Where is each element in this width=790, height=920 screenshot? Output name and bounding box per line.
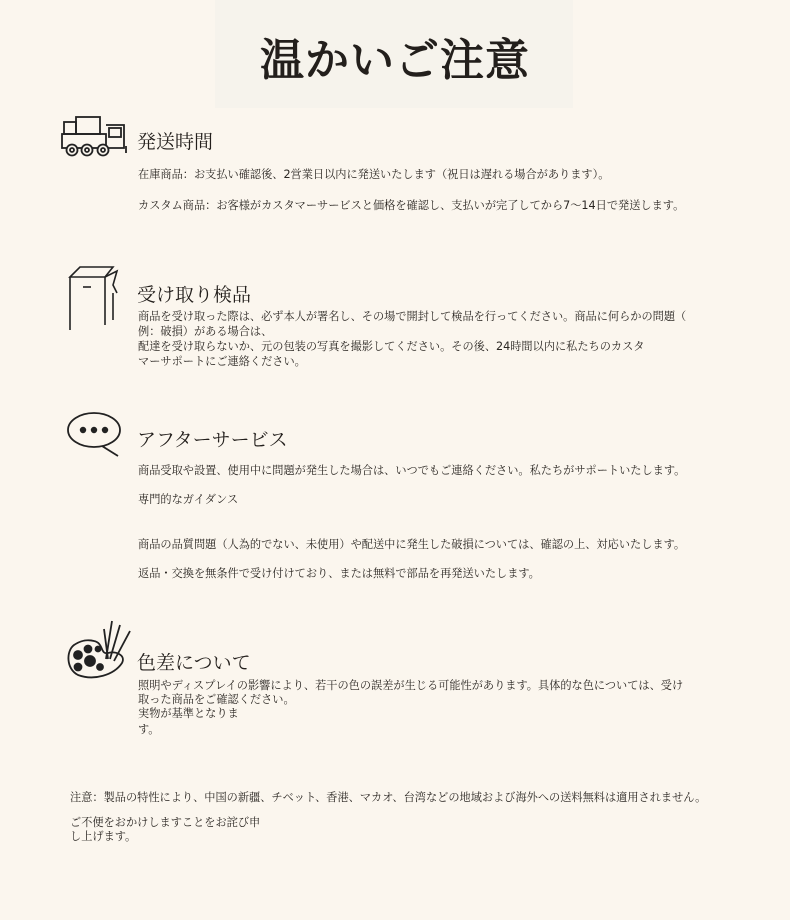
chat-bubble-icon	[66, 410, 126, 460]
page-title: 温かいご注意	[0, 24, 790, 88]
paragraph: 在庫商品：お支払い確認後、2営業日以内に発送いたします（祝日は遅れる場合がありま…	[138, 167, 609, 182]
paragraph-line: 例：破損）がある場合は、	[138, 324, 272, 339]
paragraph-line: 取った商品をご確認ください。	[138, 692, 295, 707]
paragraph-line: 配達を受け取らないか、元の包装の写真を撮影してください。その後、24時間以内に私…	[138, 339, 645, 354]
paragraph: 返品・交換を無条件で受け付けており、または無料で部品を再発送いたします。	[138, 566, 540, 581]
box-icon	[65, 265, 125, 335]
section-heading: 発送時間	[137, 127, 213, 154]
paragraph-line: 実物が基準となりま	[138, 706, 239, 721]
apology-line: し上げます。	[70, 830, 136, 844]
paragraph: 商品受取や設置、使用中に問題が発生した場合は、いつでもご連絡ください。私たちがサ…	[138, 463, 685, 478]
paragraph-line: 照明やディスプレイの影響により、若干の色の誤差が生じる可能性があります。具体的な…	[138, 678, 683, 693]
truck-icon	[60, 115, 130, 157]
paint-palette-icon	[64, 615, 138, 681]
section-heading: アフターサービス	[137, 425, 288, 452]
paragraph: 商品の品質問題（人為的でない、未使用）や配送中に発生した破損については、確認の上…	[138, 537, 685, 552]
paragraph-line: 商品を受け取った際は、必ず本人が署名し、その場で開封して検品を行ってください。商…	[138, 309, 686, 324]
apology-line: ご不便をおかけしますことをお詫び申	[70, 816, 260, 830]
section-heading: 色差について	[137, 648, 251, 675]
paragraph: 専門的なガイダンス	[138, 492, 238, 507]
shipping-restriction-note: 注意：製品の特性により、中国の新疆、チベット、香港、マカオ、台湾などの地域および…	[70, 791, 706, 805]
paragraph-line: マーサポートにご連絡ください。	[138, 354, 306, 369]
section-heading: 受け取り検品	[137, 280, 251, 307]
paragraph: カスタム商品：お客様がカスタマーサービスと価格を確認し、支払いが完了してから7〜…	[138, 198, 684, 213]
paragraph-line: す。	[138, 722, 159, 737]
